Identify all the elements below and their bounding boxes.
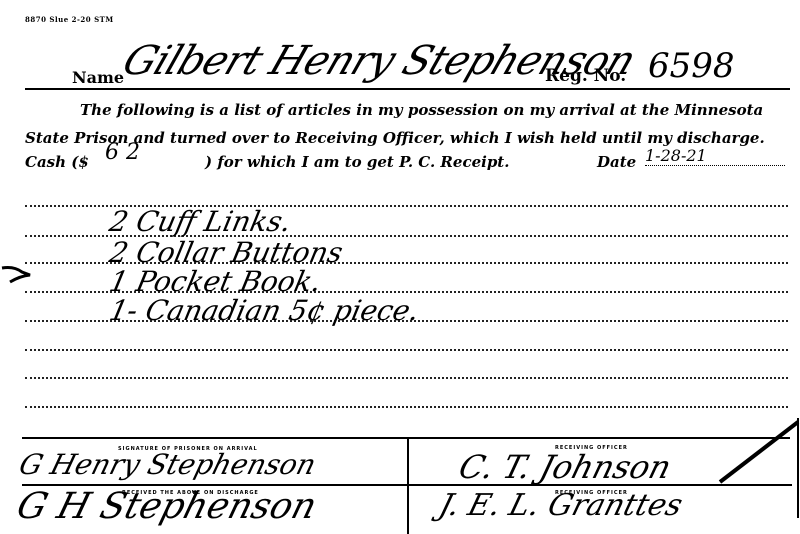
article-line (25, 349, 788, 351)
signature-top-line (22, 437, 790, 439)
officer-middle-line (407, 484, 792, 486)
received-discharge-signature: G H Stephenson (13, 486, 322, 527)
officer-arrival-signature: C. T. Johnson (455, 448, 675, 486)
article-item: 2 Cuff Links. (106, 205, 294, 238)
reg-no-value: 6598 (648, 46, 735, 86)
reg-no-label: Reg. No. (545, 66, 626, 86)
intro-line-1: The following is a list of articles in m… (80, 101, 763, 119)
signature-flourish-icon (700, 420, 800, 484)
article-line (25, 377, 788, 379)
cash-label: Cash ($ (25, 153, 89, 171)
form-number: 8870 Slue 2-20 STM (25, 15, 114, 24)
officer-discharge-signature: J. E. L. Granttes (435, 488, 686, 523)
arrow-icon (0, 262, 36, 284)
article-item: 1- Canadian 5¢ piece. (106, 294, 422, 327)
name-label: Name (72, 68, 124, 87)
date-value: 1-28-21 (645, 146, 785, 166)
cash-value: 6 2 (105, 140, 140, 165)
prisoner-arrival-signature: G Henry Stephenson (16, 448, 320, 481)
name-underline (25, 88, 790, 90)
cash-receipt-text: ) for which I am to get P. C. Receipt. (205, 153, 509, 171)
article-line (25, 406, 788, 408)
date-label: Date (597, 153, 636, 171)
